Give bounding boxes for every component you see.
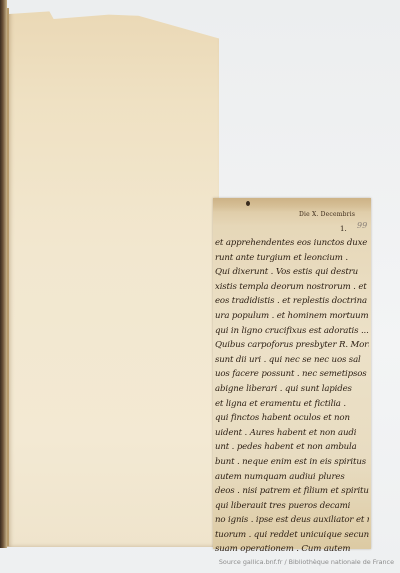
- folio-pencil-mark: 99: [357, 221, 367, 230]
- manuscript-text: et apprehendentes eos iunctos duxe runt …: [215, 236, 369, 557]
- text-line: runt ante turgium et leoncium .: [215, 251, 369, 266]
- text-line: suam operationem . Cum autem: [215, 542, 369, 557]
- text-line: Quibus carpoforus presbyter R. Mortui: [215, 338, 369, 353]
- book-spine: [0, 0, 7, 548]
- text-line: et apprehendentes eos iunctos duxe: [215, 236, 369, 251]
- text-line: xistis templa deorum nostrorum . et igni: [215, 280, 369, 295]
- text-line: bunt . neque enim est in eis spiritus . …: [215, 455, 369, 470]
- fragment-header: Die X. Decembris: [299, 211, 355, 218]
- text-line: uident . Aures habent et non audi: [215, 426, 369, 441]
- text-line: no ignis . ipse est deus auxiliator et m…: [215, 513, 369, 528]
- flyleaf-gutter: [7, 8, 9, 546]
- text-line: ura populum . et hominem mortuum: [215, 309, 369, 324]
- text-line: autem numquam audiui plures: [215, 470, 369, 485]
- text-line: et ligna et eramentu et fictilia .: [215, 397, 369, 412]
- text-line: unt . pedes habent et non ambula: [215, 440, 369, 455]
- text-line: sunt dii uri . qui nec se nec uos sal: [215, 353, 369, 368]
- binding-hole: [246, 201, 250, 206]
- text-line: abigne liberari . qui sunt lapides: [215, 382, 369, 397]
- text-line: deos . nisi patrem et filium et spiritum…: [215, 484, 369, 499]
- folio-number: 1.: [340, 225, 347, 233]
- text-line: Qui dixerunt . Vos estis qui destru: [215, 265, 369, 280]
- text-line: qui liberauit tres pueros decami: [215, 499, 369, 514]
- manuscript-fragment: Die X. Decembris 1. 99 et apprehendentes…: [213, 198, 371, 549]
- flyleaf-page: [7, 6, 219, 547]
- text-line: qui in ligno crucifixus est adoratis ...: [215, 324, 369, 339]
- text-line: tuorum . qui reddet unicuique secundum: [215, 528, 369, 543]
- text-line: qui finctos habent oculos et non: [215, 411, 369, 426]
- text-line: eos tradidistis . et replestis doctrina: [215, 294, 369, 309]
- text-line: uos facere possunt . nec semetipsos: [215, 367, 369, 382]
- source-credit: Source gallica.bnf.fr / Bibliothèque nat…: [219, 558, 394, 566]
